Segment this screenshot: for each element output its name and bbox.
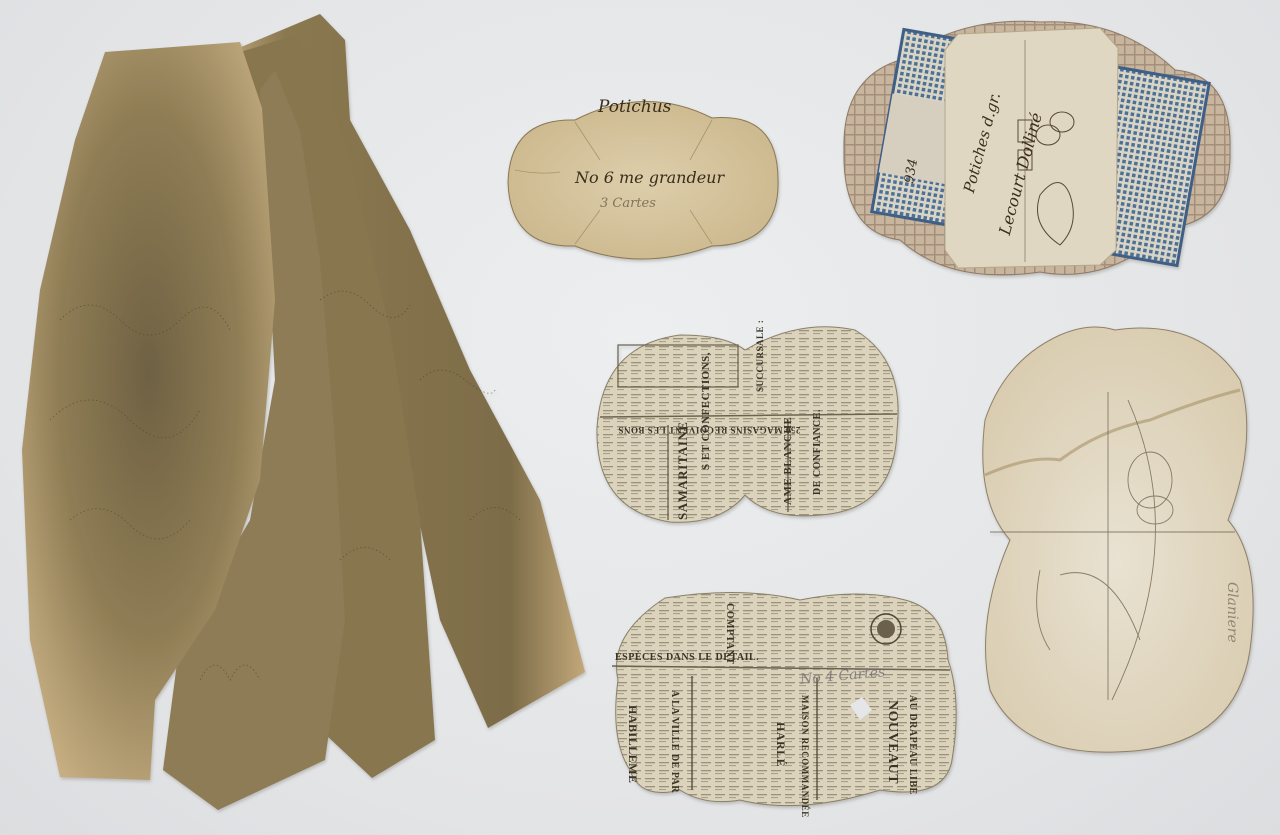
pounced-panels (22, 14, 585, 810)
newspaper-cloud (612, 592, 956, 805)
paper-objects (0, 0, 1280, 835)
blue-pattern-card (844, 21, 1230, 275)
quatrefoil-label (508, 101, 778, 259)
newspaper-double-circle (597, 327, 898, 523)
pencil-sketch-card (983, 327, 1253, 752)
